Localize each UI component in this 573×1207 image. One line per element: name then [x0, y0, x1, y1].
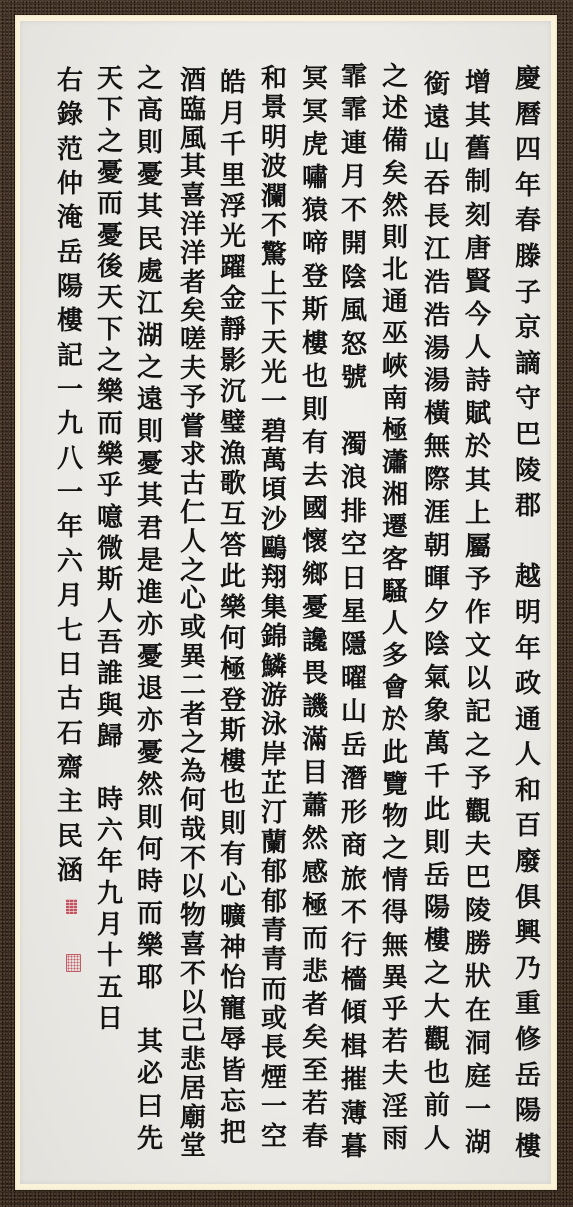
calligraphy-character: 哉 [180, 817, 206, 843]
calligraphy-character: 陽 [57, 274, 83, 300]
calligraphy-character: 客 [382, 547, 408, 573]
calligraphy-character: 濁 [341, 432, 367, 458]
calligraphy-character: 會 [382, 675, 408, 701]
calligraphy-character: 或 [180, 615, 206, 641]
text-column-7: 和景明波瀾不驚上下天光一碧萬頃沙鷗翔集錦鱗游泳岸芷汀蘭郁郁青青而或長煙一空 [257, 66, 291, 1150]
calligraphy-character: 日 [341, 566, 367, 592]
calligraphy-character: 心 [220, 873, 246, 899]
calligraphy-character: 開 [341, 231, 367, 257]
calligraphy-character: 把 [220, 1120, 246, 1146]
calligraphy-character: 九 [97, 881, 123, 907]
calligraphy-character: 空 [261, 1124, 287, 1150]
calligraphy-character: 答 [220, 533, 246, 559]
calligraphy-character: 朝 [424, 533, 450, 559]
calligraphy-character: 日 [97, 1006, 123, 1032]
calligraphy-character: 巴 [465, 865, 491, 891]
calligraphy-character: 以 [180, 874, 206, 900]
calligraphy-character: 此 [424, 797, 450, 823]
calligraphy-character: 山 [424, 138, 450, 164]
calligraphy-character: 氣 [424, 665, 450, 691]
calligraphy-character: 猿 [302, 198, 328, 224]
calligraphy-character: 通 [382, 289, 408, 315]
calligraphy-character: 神 [220, 935, 246, 961]
calligraphy-character: 里 [220, 163, 246, 189]
calligraphy-character: 青 [261, 918, 287, 944]
calligraphy-character: 備 [382, 128, 408, 154]
calligraphy-character: 不 [341, 198, 367, 224]
calligraphy-character: 予 [180, 385, 206, 411]
calligraphy-character: 瀾 [261, 184, 287, 210]
calligraphy-character: 去 [302, 463, 328, 489]
calligraphy-character: 不 [180, 846, 206, 872]
calligraphy-character: 處 [137, 259, 163, 285]
calligraphy-character: 范 [57, 137, 83, 163]
calligraphy-character: 物 [180, 903, 206, 929]
calligraphy-character: 一 [57, 480, 83, 506]
red-seal-upper [66, 899, 77, 914]
calligraphy-character: 江 [424, 237, 450, 263]
calligraphy-character: 則 [137, 130, 163, 156]
calligraphy-character: 風 [180, 126, 206, 152]
calligraphy-character: 乎 [382, 997, 408, 1023]
calligraphy-character: 石 [57, 721, 83, 747]
calligraphy-character: 五 [97, 975, 123, 1001]
calligraphy-character: 登 [302, 264, 328, 290]
calligraphy-character: 天 [97, 285, 123, 311]
calligraphy-character: 郁 [261, 859, 287, 885]
calligraphy-character: 頃 [261, 477, 287, 503]
calligraphy-character: 斯 [220, 718, 246, 744]
calligraphy-character: 瀟 [382, 450, 408, 476]
calligraphy-character: 詩 [465, 368, 491, 394]
calligraphy-character: 皓 [220, 70, 246, 96]
calligraphy-character: 文 [465, 633, 491, 659]
calligraphy-character: 求 [180, 442, 206, 468]
calligraphy-character: 歌 [220, 471, 246, 497]
calligraphy-character: 舊 [465, 136, 491, 162]
calligraphy-character: 也 [424, 1060, 450, 1086]
calligraphy-character: 通 [515, 707, 541, 733]
calligraphy-character: 矣 [180, 298, 206, 324]
calligraphy-character: 賢 [465, 269, 491, 295]
calligraphy-character: 鷗 [261, 536, 287, 562]
calligraphy-character: 俱 [515, 885, 541, 911]
calligraphy-character: 然 [382, 193, 408, 219]
calligraphy-character: 皆 [220, 1058, 246, 1084]
calligraphy-character: 辱 [220, 1027, 246, 1053]
calligraphy-character: 心 [180, 586, 206, 612]
calligraphy-character: 有 [302, 430, 328, 456]
calligraphy-character: 在 [465, 998, 491, 1024]
calligraphy-character: 則 [137, 419, 163, 445]
calligraphy-character: 霏 [341, 97, 367, 123]
calligraphy-character: 勝 [465, 931, 491, 957]
calligraphy-character: 浩 [424, 270, 450, 296]
calligraphy-character: 怒 [341, 332, 367, 358]
calligraphy-character: 洋 [180, 212, 206, 238]
calligraphy-character: 有 [220, 842, 246, 868]
calligraphy-character: 堂 [180, 1133, 206, 1159]
calligraphy-character: 不 [341, 900, 367, 926]
calligraphy-character: 人 [180, 529, 206, 555]
calligraphy-character: 天 [97, 66, 123, 92]
calligraphy-character: 躍 [220, 255, 246, 281]
calligraphy-character: 誰 [97, 661, 123, 687]
calligraphy-character: 上 [465, 501, 491, 527]
calligraphy-character: 庭 [465, 1064, 491, 1090]
calligraphy-character: 巫 [382, 321, 408, 347]
calligraphy-character: 嘗 [180, 414, 206, 440]
calligraphy-character: 感 [302, 860, 328, 886]
calligraphy-character: 異 [180, 644, 206, 670]
calligraphy-character: 寵 [220, 996, 246, 1022]
calligraphy-character: 蕭 [302, 793, 328, 819]
calligraphy-character: 亦 [137, 708, 163, 734]
calligraphy-character: 下 [97, 97, 123, 123]
calligraphy-character: 人 [465, 335, 491, 361]
calligraphy-character: 六 [57, 549, 83, 575]
calligraphy-character: 明 [515, 600, 541, 626]
calligraphy-character: 泳 [261, 712, 287, 738]
calligraphy-character: 之 [465, 733, 491, 759]
column-gap [97, 755, 123, 781]
calligraphy-character: 樓 [57, 308, 83, 334]
calligraphy-character: 郡 [515, 493, 541, 519]
calligraphy-character: 不 [180, 961, 206, 987]
calligraphy-character: 樓 [424, 928, 450, 954]
calligraphy-character: 者 [180, 270, 206, 296]
calligraphy-character: 上 [261, 272, 287, 298]
calligraphy-character: 光 [220, 224, 246, 250]
calligraphy-character: 陽 [515, 1098, 541, 1124]
calligraphy-character: 人 [424, 1126, 450, 1152]
calligraphy-character: 則 [424, 830, 450, 856]
calligraphy-character: 游 [261, 683, 287, 709]
calligraphy-character: 九 [57, 411, 83, 437]
calligraphy-character: 是 [137, 548, 163, 574]
calligraphy-character: 峽 [382, 354, 408, 380]
calligraphy-character: 金 [220, 286, 246, 312]
calligraphy-character: 行 [341, 933, 367, 959]
calligraphy-character: 之 [180, 730, 206, 756]
calligraphy-character: 連 [341, 131, 367, 157]
calligraphy-character: 日 [57, 652, 83, 678]
calligraphy-character: 樓 [302, 331, 328, 357]
calligraphy-character: 浪 [341, 465, 367, 491]
column-gap [341, 398, 367, 424]
calligraphy-character: 慶 [515, 66, 541, 92]
calligraphy-character: 之 [382, 836, 408, 862]
calligraphy-character: 夫 [465, 832, 491, 858]
calligraphy-character: 冥 [302, 99, 328, 125]
calligraphy-character: 八 [57, 446, 83, 472]
calligraphy-character: 其 [465, 468, 491, 494]
calligraphy-character: 郁 [261, 889, 287, 915]
calligraphy-character: 無 [382, 933, 408, 959]
calligraphy-character: 亦 [137, 612, 163, 638]
calligraphy-character: 多 [382, 643, 408, 669]
calligraphy-character: 以 [465, 666, 491, 692]
calligraphy-character: 右 [57, 68, 83, 94]
calligraphy-character: 鄉 [302, 562, 328, 588]
calligraphy-character: 遠 [424, 105, 450, 131]
calligraphy-character: 錄 [57, 102, 83, 128]
calligraphy-character: 噫 [97, 505, 123, 531]
calligraphy-character: 此 [220, 564, 246, 590]
calligraphy-character: 增 [465, 70, 491, 96]
text-column-1: 慶曆四年春滕子京謫守巴陵郡越明年政通人和百廢俱興乃重修岳陽樓 [511, 66, 545, 1160]
calligraphy-character: 之 [97, 129, 123, 155]
calligraphy-character: 二 [180, 673, 206, 699]
calligraphy-character: 政 [515, 671, 541, 697]
calligraphy-character: 君 [137, 516, 163, 542]
calligraphy-character: 樂 [97, 442, 123, 468]
calligraphy-character: 憂 [137, 644, 163, 670]
calligraphy-character: 薄 [341, 1101, 367, 1127]
calligraphy-character: 述 [382, 96, 408, 122]
calligraphy-character: 下 [261, 301, 287, 327]
calligraphy-character: 漁 [220, 441, 246, 467]
calligraphy-character: 青 [261, 947, 287, 973]
calligraphy-character: 星 [341, 599, 367, 625]
text-column-5: 霏霏連月不開陰風怒號濁浪排空日星隱曜山岳潛形商旅不行檣傾楫摧薄暮 [337, 64, 371, 1160]
calligraphy-character: 空 [341, 532, 367, 558]
calligraphy-character: 仁 [180, 500, 206, 526]
calligraphy-character: 六 [97, 818, 123, 844]
calligraphy-character: 樂 [137, 933, 163, 959]
calligraphy-character: 遠 [137, 387, 163, 413]
calligraphy-character: 於 [382, 707, 408, 733]
calligraphy-character: 齋 [57, 755, 83, 781]
calligraphy-character: 退 [137, 676, 163, 702]
calligraphy-character: 湯 [424, 368, 450, 394]
calligraphy-character: 國 [302, 496, 328, 522]
calligraphy-character: 錦 [261, 624, 287, 650]
calligraphy-character: 悲 [302, 959, 328, 985]
calligraphy-character: 而 [302, 926, 328, 952]
calligraphy-character: 商 [341, 833, 367, 859]
calligraphy-character: 大 [424, 994, 450, 1020]
calligraphy-character: 陰 [424, 632, 450, 658]
calligraphy-character: 月 [220, 101, 246, 127]
calligraphy-character: 屬 [465, 534, 491, 560]
calligraphy-character: 悲 [180, 1047, 206, 1073]
calligraphy-character: 明 [261, 125, 287, 151]
calligraphy-character: 虎 [302, 132, 328, 158]
calligraphy-character: 波 [261, 154, 287, 180]
calligraphy-character: 則 [302, 397, 328, 423]
calligraphy-character: 雨 [382, 1126, 408, 1152]
text-column-3: 銜遠山吞長江浩浩湯湯橫無際涯朝暉夕陰氣象萬千此則岳陽樓之大觀也前人 [420, 72, 454, 1152]
calligraphy-character: 以 [180, 990, 206, 1016]
calligraphy-character: 物 [382, 804, 408, 830]
calligraphy-character: 芷 [261, 771, 287, 797]
calligraphy-character: 賦 [465, 401, 491, 427]
calligraphy-character: 人 [97, 599, 123, 625]
calligraphy-character: 極 [302, 893, 328, 919]
calligraphy-character: 嘯 [302, 165, 328, 191]
text-column-6: 冥冥虎嘯猿啼登斯樓也則有去國懷鄉憂讒畏譏滿目蕭然感極而悲者矣至若春 [298, 66, 332, 1150]
calligraphy-character: 喜 [180, 932, 206, 958]
calligraphy-character: 煙 [261, 1065, 287, 1091]
calligraphy-character: 重 [515, 991, 541, 1017]
calligraphy-character: 其 [137, 194, 163, 220]
calligraphy-character: 異 [382, 965, 408, 991]
calligraphy-character: 景 [261, 95, 287, 121]
calligraphy-character: 銜 [424, 72, 450, 98]
calligraphy-character: 子 [515, 280, 541, 306]
calligraphy-character: 極 [220, 657, 246, 683]
calligraphy-character: 沙 [261, 507, 287, 533]
calligraphy-character: 七 [57, 618, 83, 644]
calligraphy-character: 浮 [220, 194, 246, 220]
calligraphy-character: 岳 [515, 1063, 541, 1089]
calligraphy-character: 百 [515, 813, 541, 839]
calligraphy-character: 風 [341, 298, 367, 324]
calligraphy-character: 謫 [515, 351, 541, 377]
calligraphy-character: 而 [137, 901, 163, 927]
calligraphy-character: 璧 [220, 410, 246, 436]
calligraphy-character: 制 [465, 169, 491, 195]
calligraphy-character: 狀 [465, 964, 491, 990]
calligraphy-character: 靜 [220, 317, 246, 343]
calligraphy-character: 滕 [515, 244, 541, 270]
calligraphy-character: 興 [515, 920, 541, 946]
calligraphy-character: 不 [261, 213, 287, 239]
calligraphy-character: 翔 [261, 565, 287, 591]
calligraphy-character: 與 [97, 693, 123, 719]
calligraphy-character: 矣 [302, 1025, 328, 1051]
calligraphy-character: 嗟 [180, 327, 206, 353]
calligraphy-character: 夕 [424, 599, 450, 625]
calligraphy-character: 洞 [465, 1031, 491, 1057]
text-column-2: 增其舊制刻唐賢今人詩賦於其上屬予作文以記之予觀夫巴陵勝狀在洞庭一湖 [461, 70, 495, 1156]
calligraphy-character: 微 [97, 536, 123, 562]
calligraphy-character: 岳 [57, 240, 83, 266]
calligraphy-character: 一 [261, 389, 287, 415]
calligraphy-character: 憂 [97, 160, 123, 186]
calligraphy-character: 楫 [341, 1034, 367, 1060]
calligraphy-character: 和 [261, 66, 287, 92]
calligraphy-character: 者 [302, 992, 328, 1018]
calligraphy-character: 浩 [424, 303, 450, 329]
calligraphy-character: 樓 [220, 749, 246, 775]
calligraphy-character: 也 [302, 364, 328, 390]
calligraphy-character: 象 [424, 698, 450, 724]
calligraphy-character: 讒 [302, 628, 328, 654]
calligraphy-character: 樂 [220, 595, 246, 621]
text-column-4: 之述備矣然則北通巫峽南極瀟湘遷客騷人多會於此覽物之情得無異乎若夫淫雨 [378, 64, 412, 1152]
calligraphy-character: 必 [137, 1061, 163, 1087]
calligraphy-character: 畏 [302, 661, 328, 687]
calligraphy-character: 一 [57, 377, 83, 403]
calligraphy-character: 陵 [515, 458, 541, 484]
calligraphy-character: 千 [424, 764, 450, 790]
calligraphy-character: 耶 [137, 965, 163, 991]
calligraphy-character: 怡 [220, 965, 246, 991]
calligraphy-character: 然 [137, 772, 163, 798]
calligraphy-character: 居 [180, 1076, 206, 1102]
calligraphy-character: 後 [97, 254, 123, 280]
calligraphy-character: 夫 [382, 1061, 408, 1087]
calligraphy-character: 吾 [97, 630, 123, 656]
calligraphy-character: 憂 [137, 740, 163, 766]
calligraphy-character: 鱗 [261, 654, 287, 680]
calligraphy-character: 刻 [465, 203, 491, 229]
calligraphy-character: 驚 [261, 242, 287, 268]
calligraphy-character: 南 [382, 386, 408, 412]
calligraphy-character: 或 [261, 1006, 287, 1032]
calligraphy-character: 山 [341, 699, 367, 725]
calligraphy-character: 其 [137, 483, 163, 509]
calligraphy-character: 歸 [97, 724, 123, 750]
calligraphy-character: 喜 [180, 183, 206, 209]
calligraphy-character: 和 [515, 778, 541, 804]
calligraphy-character: 乃 [515, 956, 541, 982]
calligraphy-character: 情 [382, 868, 408, 894]
calligraphy-character: 斯 [302, 297, 328, 323]
calligraphy-character: 廟 [180, 1105, 206, 1131]
calligraphy-character: 憂 [137, 162, 163, 188]
calligraphy-character: 四 [515, 137, 541, 163]
calligraphy-character: 之 [137, 66, 163, 92]
calligraphy-character: 年 [97, 849, 123, 875]
calligraphy-character: 曠 [220, 904, 246, 930]
calligraphy-character: 憂 [137, 451, 163, 477]
calligraphy-character: 之 [382, 64, 408, 90]
calligraphy-character: 霏 [341, 64, 367, 90]
calligraphy-character: 民 [137, 227, 163, 253]
calligraphy-character: 而 [261, 977, 287, 1003]
calligraphy-character: 夫 [180, 356, 206, 382]
calligraphy-character: 號 [341, 365, 367, 391]
calligraphy-character: 騷 [382, 579, 408, 605]
calligraphy-character: 臨 [180, 97, 206, 123]
calligraphy-character: 古 [180, 471, 206, 497]
calligraphy-character: 之 [424, 961, 450, 987]
calligraphy-character: 檣 [341, 967, 367, 993]
calligraphy-character: 橫 [424, 401, 450, 427]
calligraphy-character: 先 [137, 1126, 163, 1152]
calligraphy-character: 春 [302, 1124, 328, 1150]
calligraphy-character: 汀 [261, 800, 287, 826]
picture-frame: 慶曆四年春滕子京謫守巴陵郡越明年政通人和百廢俱興乃重修岳陽樓 增其舊制刻唐賢今人… [0, 0, 573, 1207]
calligraphy-character: 碧 [261, 419, 287, 445]
calligraphy-character: 下 [97, 317, 123, 343]
calligraphy-character: 廢 [515, 849, 541, 875]
calligraphy-character: 進 [137, 580, 163, 606]
calligraphy-character: 傾 [341, 1000, 367, 1026]
calligraphy-character: 曆 [515, 102, 541, 128]
calligraphy-character: 斯 [97, 567, 123, 593]
calligraphy-character: 湖 [137, 323, 163, 349]
calligraphy-character: 則 [220, 811, 246, 837]
calligraphy-character: 之 [137, 355, 163, 381]
calligraphy-character: 之 [180, 558, 206, 584]
calligraphy-character: 極 [382, 418, 408, 444]
calligraphy-character: 古 [57, 686, 83, 712]
calligraphy-character: 若 [382, 1029, 408, 1055]
calligraphy-character: 十 [97, 943, 123, 969]
calligraphy-character: 萬 [261, 448, 287, 474]
calligraphy-character: 冥 [302, 66, 328, 92]
calligraphy-character: 今 [465, 302, 491, 328]
calligraphy-character: 岳 [424, 863, 450, 889]
calligraphy-character: 滿 [302, 727, 328, 753]
calligraphy-character: 一 [261, 1094, 287, 1120]
calligraphy-character: 目 [302, 760, 328, 786]
calligraphy-character: 北 [382, 257, 408, 283]
